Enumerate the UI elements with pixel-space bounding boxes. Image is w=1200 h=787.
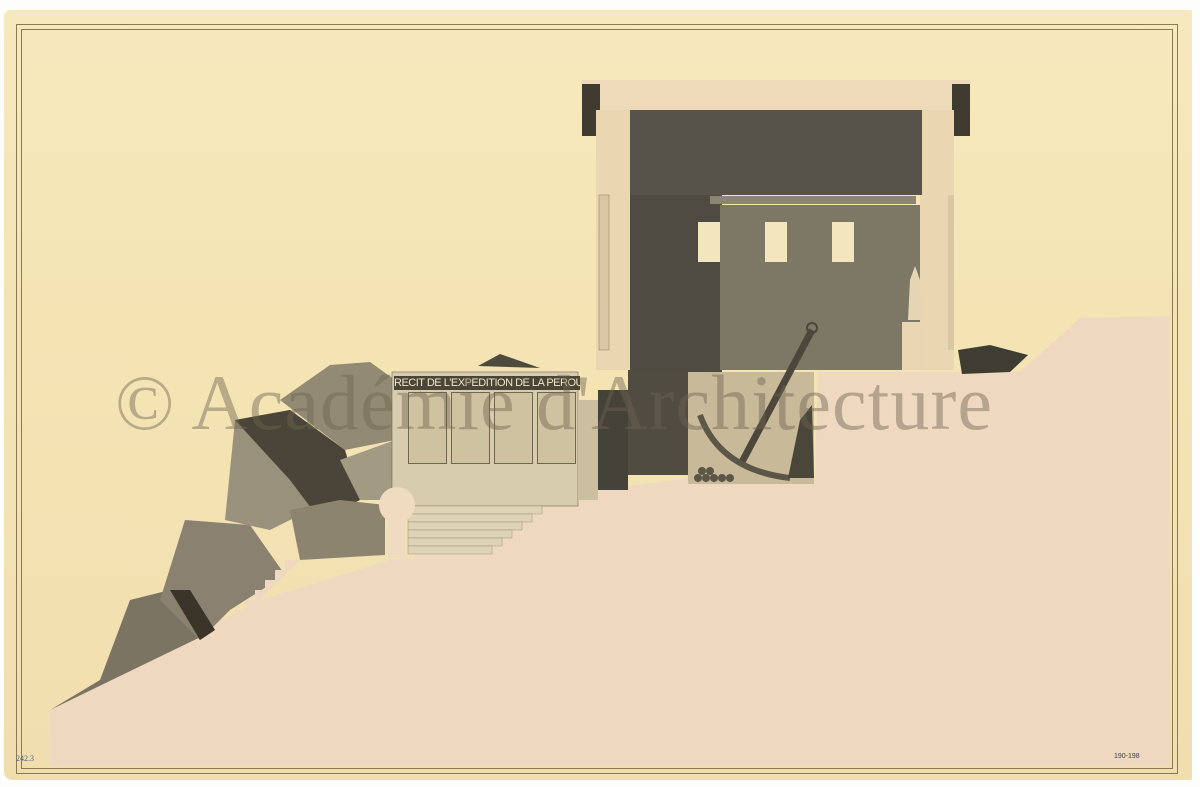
hall-ceiling [630,110,922,195]
window-2 [765,222,787,262]
column-right [948,195,954,350]
catalog-mark-right: 190-198 [1114,753,1140,760]
portico-entablature [582,80,970,110]
window-1 [698,222,720,262]
watermark: © Académie d'Architecture [115,358,993,448]
hall-back-wall [720,205,920,370]
catalog-mark-left: 242.3 [16,754,34,763]
balustrade-sphere [379,487,415,523]
column-left [599,195,609,350]
window-3 [832,222,854,262]
